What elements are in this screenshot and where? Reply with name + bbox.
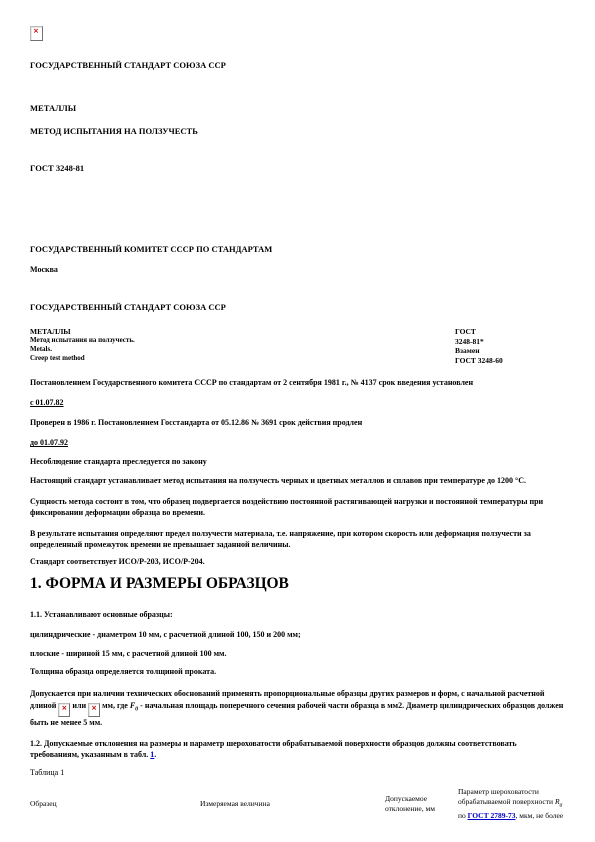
doc-method-title: МЕТОД ИСПЫТАНИЯ НА ПОЛЗУЧЕСТЬ <box>30 126 567 136</box>
doc-standard-title: ГОСУДАРСТВЕННЫЙ СТАНДАРТ СОЮЗА ССР <box>30 60 567 70</box>
flat-specimens-line: плоские - шириной 15 мм, с расчетной дли… <box>30 648 567 659</box>
law-notice: Несоблюдение стандарта преследуется по з… <box>30 456 567 467</box>
allowance-paragraph: Допускается при наличии технических обос… <box>30 688 567 729</box>
doc-standard-title-2: ГОСУДАРСТВЕННЫЙ СТАНДАРТ СОЮЗА ССР <box>30 302 567 312</box>
doc-subject: МЕТАЛЛЫ <box>30 103 567 113</box>
extended-date: до 01.07.92 <box>30 437 567 448</box>
effective-date: с 01.07.82 <box>30 397 567 408</box>
title-right-gost-word: ГОСТ <box>455 327 567 337</box>
roughness-text-3: , мкм, не более <box>515 811 563 820</box>
table-header-specimen: Образец <box>30 799 200 809</box>
title-block-left: МЕТАЛЛЫ Метод испытания на ползучесть. M… <box>30 327 135 365</box>
decree-paragraph-1: Постановлением Государственного комитета… <box>30 377 567 388</box>
doc-code: ГОСТ 3248-81 <box>30 163 567 173</box>
document-page: × ГОСУДАРСТВЕННЫЙ СТАНДАРТ СОЮЗА ССР МЕТ… <box>0 0 595 842</box>
f-subscript: 0 <box>135 707 138 713</box>
table-header-measured-value: Измеряемая величина <box>200 799 385 809</box>
formula-broken-image-icon-2: × <box>88 703 100 717</box>
formula-broken-image-icon-1: × <box>58 703 70 717</box>
title-right-replaces-label: Взамен <box>455 346 567 356</box>
title-left-method-en: Creep test method <box>30 354 135 363</box>
clause-1-1: 1.1. Устанавливают основные образцы: <box>30 609 567 620</box>
title-block: МЕТАЛЛЫ Метод испытания на ползучесть. M… <box>30 327 567 365</box>
table-header-tolerance: Допускаемое отклонение, мм <box>385 794 458 814</box>
ra-variable: Ra <box>555 797 563 806</box>
thickness-line: Толщина образца определяется толщиной пр… <box>30 666 567 677</box>
committee-title: ГОСУДАРСТВЕННЫЙ КОМИТЕТ СССР ПО СТАНДАРТ… <box>30 244 567 254</box>
allowance-text-2: мм, где <box>102 701 128 710</box>
table-caption: Таблица 1 <box>30 767 567 778</box>
decree-paragraph-2: Проверен в 1986 г. Постановлением Госста… <box>30 417 567 428</box>
essence-paragraph: Сущность метода состоит в том, что образ… <box>30 496 567 518</box>
cylindrical-specimens-line: цилиндрические - диаметром 10 мм, с расч… <box>30 629 567 640</box>
f0-variable: F0 <box>130 701 138 710</box>
title-block-right: ГОСТ 3248-81* Взамен ГОСТ 3248-60 <box>455 327 567 365</box>
broken-image-icon: × <box>30 26 43 41</box>
city-label: Москва <box>30 264 567 275</box>
clause-1-2-period: . <box>154 750 156 759</box>
table-header-roughness: Параметр шероховатости обрабатываемой по… <box>458 787 567 821</box>
title-left-subject: МЕТАЛЛЫ <box>30 327 135 336</box>
iso-conformity-paragraph: Стандарт соответствует ИСО/Р-203, ИСО/Р-… <box>30 556 567 567</box>
scope-paragraph: Настоящий стандарт устанавливает метод и… <box>30 475 567 486</box>
table-header-row: Образец Измеряемая величина Допускаемое … <box>30 787 567 821</box>
title-right-replaced-code: ГОСТ 3248-60 <box>455 356 567 366</box>
title-right-code: 3248-81* <box>455 337 567 347</box>
allowance-text-or: или <box>72 701 86 710</box>
r-subscript: a <box>560 803 563 809</box>
title-left-method-ru: Метод испытания на ползучесть. <box>30 336 135 345</box>
clause-1-2: 1.2. Допускаемые отклонения на размеры и… <box>30 738 567 760</box>
roughness-text-2: по <box>458 811 466 820</box>
section-1-heading: 1. ФОРМА И РАЗМЕРЫ ОБРАЗЦОВ <box>30 575 567 593</box>
title-left-subject-en: Metals. <box>30 345 135 354</box>
gost-2789-73-link[interactable]: ГОСТ 2789-73 <box>468 811 516 820</box>
result-paragraph: В результате испытания определяют предел… <box>30 528 567 550</box>
roughness-text-1: Параметр шероховатости обрабатываемой по… <box>458 787 553 806</box>
clause-1-2-text: 1.2. Допускаемые отклонения на размеры и… <box>30 739 517 759</box>
